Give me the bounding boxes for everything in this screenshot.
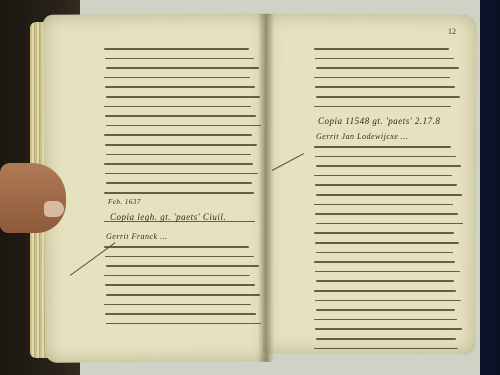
handwriting-line xyxy=(314,48,449,50)
handwriting-line xyxy=(314,204,453,206)
handwriting-line xyxy=(315,242,459,244)
left-page-entry: Gerrit Franck ... xyxy=(106,232,168,241)
handwriting-line xyxy=(315,58,454,60)
thumb xyxy=(0,163,66,233)
handwriting-line xyxy=(106,67,259,69)
handwriting-line xyxy=(316,252,453,254)
handwriting-line xyxy=(316,280,454,282)
right-page-heading: Copia 11548 gt. 'paets' 2.17.8 xyxy=(318,116,440,126)
handwriting-line xyxy=(314,232,454,234)
left-page-date: Feb. 1637 xyxy=(108,198,141,206)
handwriting-line xyxy=(104,192,254,194)
handwriting-line xyxy=(105,115,256,117)
book-gutter xyxy=(258,14,274,362)
handwriting-line xyxy=(105,144,257,146)
handwriting-line xyxy=(316,96,460,98)
handwriting-line xyxy=(315,328,462,330)
handwriting-line xyxy=(104,163,253,165)
handwriting-line xyxy=(316,338,456,340)
handwriting-line xyxy=(104,246,249,248)
page-number: 12 xyxy=(448,27,456,36)
handwriting-line xyxy=(104,304,251,306)
handwriting-line xyxy=(106,294,260,296)
handwriting-line xyxy=(106,96,260,98)
handwriting-line xyxy=(105,86,255,88)
handwriting-line xyxy=(316,67,459,69)
left-page xyxy=(43,13,269,363)
handwriting-line xyxy=(316,194,462,196)
handwriting-line xyxy=(105,313,256,315)
handwriting-line xyxy=(314,146,451,148)
handwriting-line xyxy=(315,184,457,186)
handwriting-line xyxy=(104,106,251,108)
handwriting-line xyxy=(314,290,456,292)
thumbnail xyxy=(44,201,64,217)
handwriting-line xyxy=(315,213,458,215)
handwriting-line xyxy=(105,256,254,258)
handwriting-line xyxy=(104,48,249,50)
handwriting-line xyxy=(316,165,461,167)
handwriting-line xyxy=(316,309,455,311)
handwriting-line xyxy=(106,154,251,156)
left-page-heading: Copia legh. gt. 'paets' Ciuil. xyxy=(110,212,226,222)
handwriting-line xyxy=(315,300,461,302)
handwriting-line xyxy=(315,86,455,88)
handwriting-line xyxy=(314,106,451,108)
handwriting-line xyxy=(106,265,259,267)
handwriting-line xyxy=(105,58,254,60)
handwriting-line xyxy=(104,134,252,136)
handwriting-line xyxy=(105,284,255,286)
handwriting-line xyxy=(314,261,455,263)
handwriting-line xyxy=(315,156,456,158)
right-page-entry: Gerrit Jan Lodewijcxe ... xyxy=(316,132,408,141)
handwriting-line xyxy=(106,182,252,184)
handwriting-line xyxy=(314,348,458,350)
